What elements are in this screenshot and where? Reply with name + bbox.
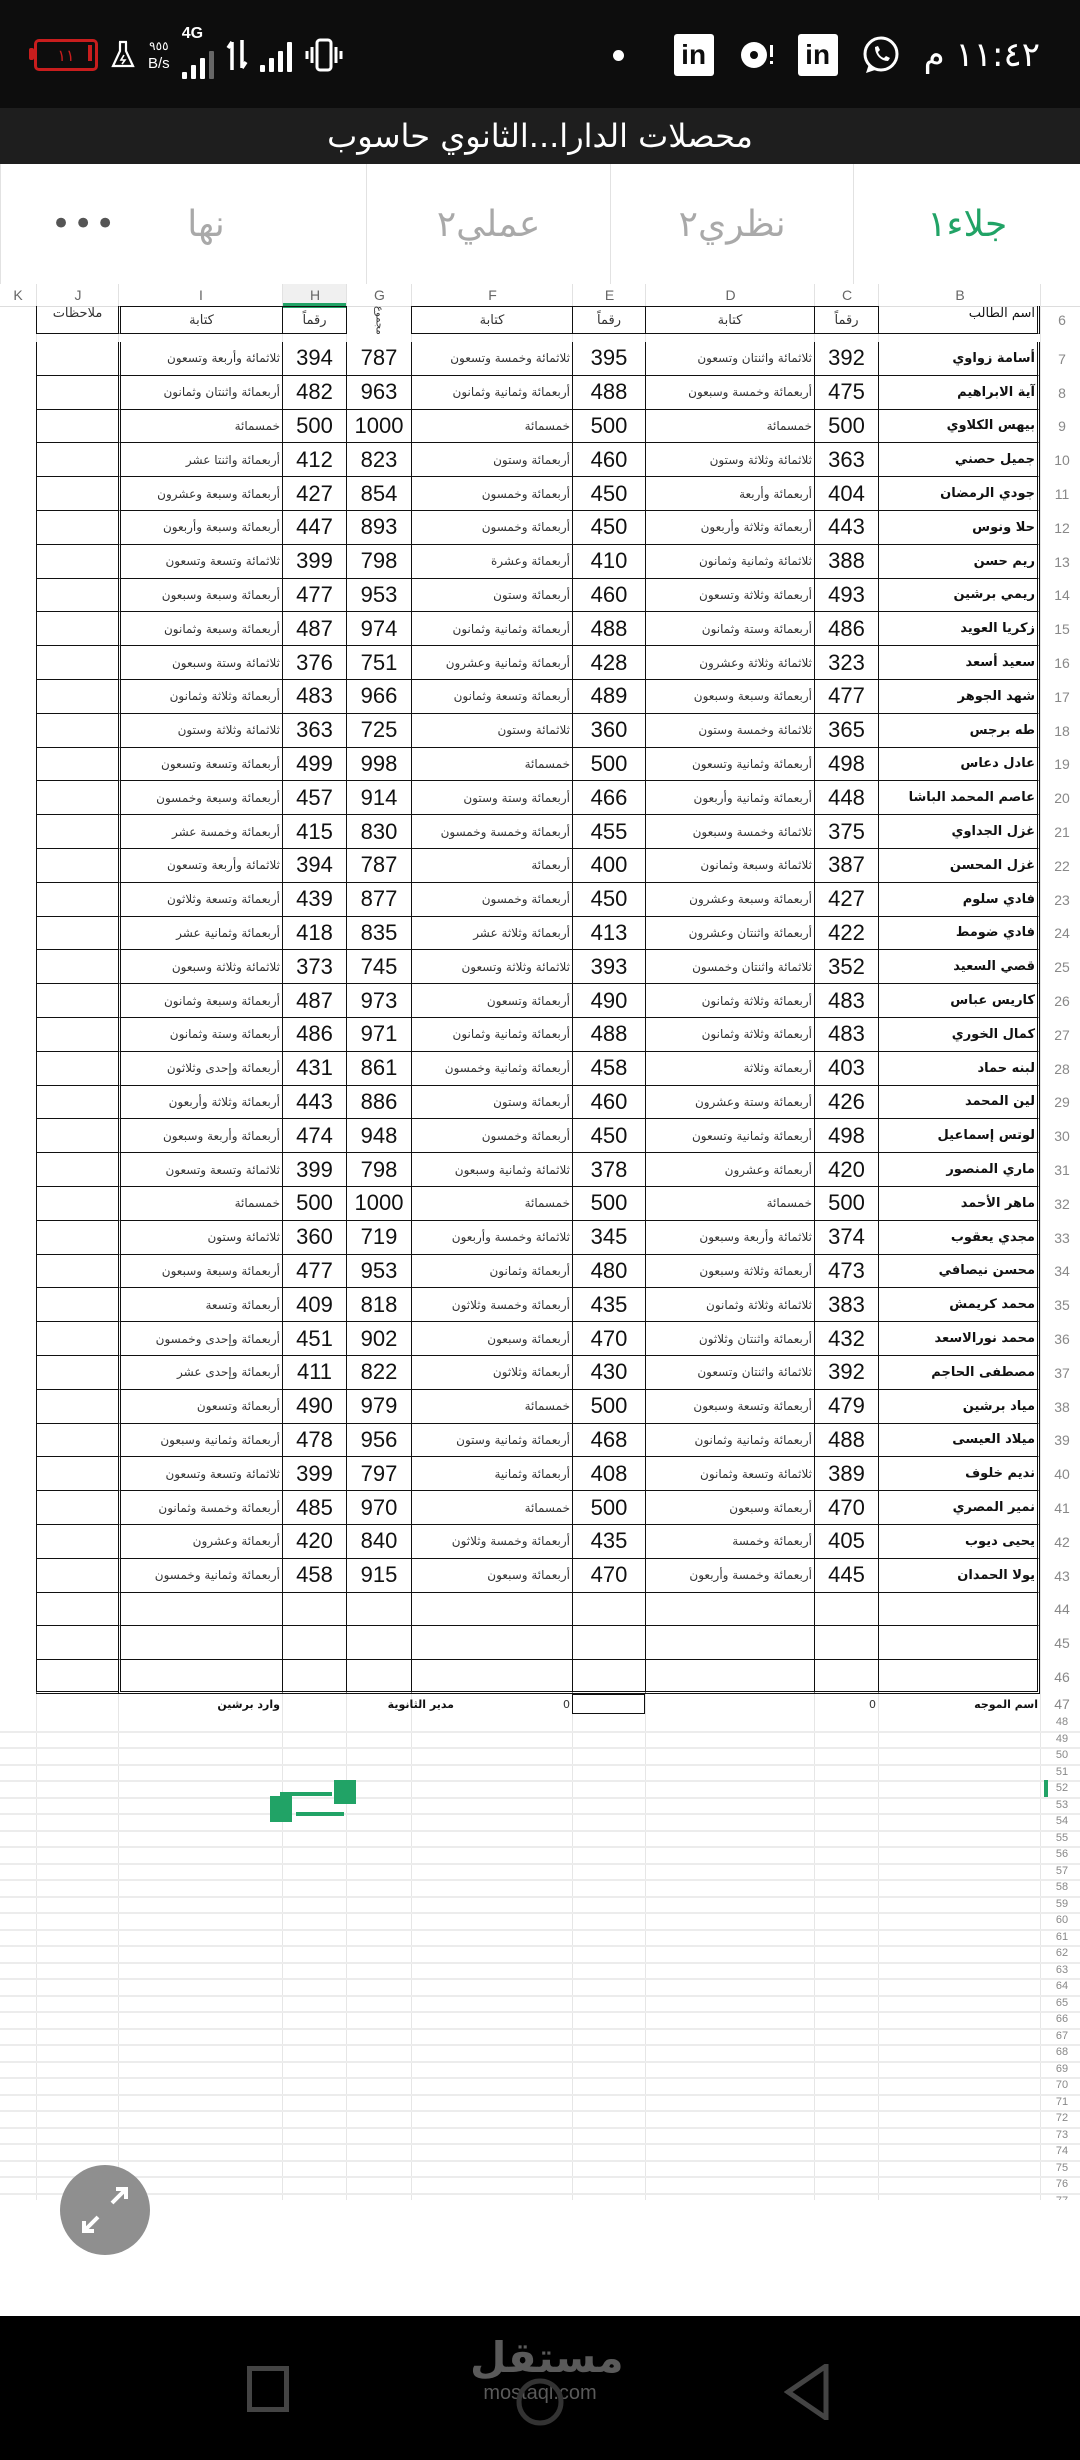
grade1-words-cell[interactable]: ثلاثمائة وثمانية وثمانون: [645, 545, 814, 579]
notes-cell[interactable]: [36, 612, 118, 646]
student-name-cell[interactable]: نمير المصري: [878, 1491, 1040, 1525]
column-header-b[interactable]: B: [878, 284, 1041, 306]
avg-words-cell[interactable]: أربعمائة وثمانية عشر: [118, 917, 282, 951]
grade1-words-cell[interactable]: ثلاثمائة وأربعة وسبعون: [645, 1221, 814, 1255]
total-cell[interactable]: 818: [346, 1288, 411, 1322]
total-cell[interactable]: 861: [346, 1052, 411, 1086]
student-name-cell[interactable]: ماري المنصور: [878, 1153, 1040, 1187]
recents-button[interactable]: [247, 2366, 289, 2412]
grade1-words-cell[interactable]: أربعمائة واثنتان وعشرون: [645, 917, 814, 951]
row-number[interactable]: 69: [1044, 2061, 1080, 2078]
empty-cell[interactable]: [346, 1660, 411, 1694]
row-number[interactable]: 46: [1044, 1660, 1080, 1694]
grade1-words-cell[interactable]: أربعمائة وثمانية وثمانون: [645, 1424, 814, 1458]
avg-words-cell[interactable]: أربعمائة وعشرون: [118, 1525, 282, 1559]
grade2-words-cell[interactable]: أربعمائة وثمانية وثمانون: [411, 1018, 572, 1052]
row-number[interactable]: 13: [1044, 545, 1080, 579]
grade2-digits-cell[interactable]: 500: [572, 410, 645, 444]
table-row[interactable]: ثلاثمائة وثلاثة وسبعون373745ثلاثمائة وثل…: [0, 950, 1080, 984]
grade1-digits-cell[interactable]: 352: [814, 950, 878, 984]
grade2-digits-cell[interactable]: 458: [572, 1052, 645, 1086]
student-name-cell[interactable]: شهد الجوهر: [878, 680, 1040, 714]
row-number[interactable]: 56: [1044, 1846, 1080, 1863]
notes-cell[interactable]: [36, 511, 118, 545]
grade2-digits-cell[interactable]: 500: [572, 1390, 645, 1424]
empty-table-row[interactable]: 46: [0, 1660, 1080, 1694]
grade2-words-cell[interactable]: أربعمائة وثمانية وخمسون: [411, 1052, 572, 1086]
tab-sheet-3[interactable]: عملي٢: [366, 164, 610, 284]
grade2-words-cell[interactable]: أربعمائة وثمانية وعشرون: [411, 646, 572, 680]
notes-cell[interactable]: [36, 1018, 118, 1052]
table-row[interactable]: أربعمائة واثنتا عشر412823أربعمائة وستون4…: [0, 443, 1080, 477]
grade1-digits-cell[interactable]: 477: [814, 680, 878, 714]
table-row[interactable]: أربعمائة وخمسة وثمانون485970خمسمائة500أر…: [0, 1491, 1080, 1525]
table-row[interactable]: أربعمائة وخمسة عشر415830أربعمائة وخمسة و…: [0, 815, 1080, 849]
column-header-h[interactable]: H: [282, 284, 347, 306]
grade1-digits-cell[interactable]: 403: [814, 1052, 878, 1086]
grade2-digits-cell[interactable]: 460: [572, 579, 645, 613]
table-row[interactable]: أربعمائة وستة وثمانون486971أربعمائة وثما…: [0, 1018, 1080, 1052]
row-number[interactable]: 10: [1044, 443, 1080, 477]
grade1-words-cell[interactable]: ثلاثمائة واثنتان وتسعون: [645, 342, 814, 376]
student-name-cell[interactable]: محمد نورالاسعد: [878, 1322, 1040, 1356]
row-number[interactable]: 32: [1044, 1187, 1080, 1221]
grade1-digits-cell[interactable]: 498: [814, 1119, 878, 1153]
total-cell[interactable]: 1000: [346, 1187, 411, 1221]
sheet-row[interactable]: 77: [0, 2193, 1080, 2201]
grade1-words-cell[interactable]: أربعمائة وسبعة وعشرون: [645, 883, 814, 917]
empty-cell[interactable]: [572, 1626, 645, 1660]
row-number[interactable]: 62: [1044, 1945, 1080, 1962]
avg-words-cell[interactable]: أربعمائة وثلاثة وثمانون: [118, 680, 282, 714]
empty-cell[interactable]: [118, 1626, 282, 1660]
grade1-digits-cell[interactable]: 475: [814, 376, 878, 410]
avg-words-cell[interactable]: أربعمائة وتسعة وتسعون: [118, 748, 282, 782]
grade2-words-cell[interactable]: خمسمائة: [411, 1491, 572, 1525]
grade1-words-cell[interactable]: أربعمائة وسبعون: [645, 1491, 814, 1525]
grade1-digits-cell[interactable]: 392: [814, 342, 878, 376]
total-cell[interactable]: 745: [346, 950, 411, 984]
total-cell[interactable]: 953: [346, 1255, 411, 1289]
total-cell[interactable]: 797: [346, 1457, 411, 1491]
table-row[interactable]: ثلاثمائة وثلاثة وستون363725ثلاثمائة وستو…: [0, 714, 1080, 748]
grade2-digits-cell[interactable]: 450: [572, 883, 645, 917]
avg-words-cell[interactable]: ثلاثمائة وأربعة وتسعون: [118, 849, 282, 883]
select-all-corner[interactable]: [1040, 284, 1080, 306]
grade2-digits-cell[interactable]: 450: [572, 477, 645, 511]
avg-digits-cell[interactable]: 394: [282, 849, 346, 883]
table-row[interactable]: أربعمائة وإحدى وثلاثون431861أربعمائة وثم…: [0, 1052, 1080, 1086]
principal-name[interactable]: وارد برشين: [118, 1694, 282, 1714]
student-name-cell[interactable]: لوتس إسماعيل: [878, 1119, 1040, 1153]
row-number[interactable]: 74: [1044, 2143, 1080, 2160]
grade2-words-cell[interactable]: ثلاثمائة وخمسة وتسعون: [411, 342, 572, 376]
student-name-cell[interactable]: فادي ضومط: [878, 917, 1040, 951]
grade2-words-cell[interactable]: أربعمائة وسبعون: [411, 1559, 572, 1593]
back-button[interactable]: [784, 2364, 830, 2420]
row-number[interactable]: 16: [1044, 646, 1080, 680]
words-header-d[interactable]: كتابة: [645, 306, 814, 334]
row-number[interactable]: 22: [1044, 849, 1080, 883]
row-number[interactable]: 29: [1044, 1086, 1080, 1120]
footer-row[interactable]: وارد برشينمدير الثانوية00اسم الموجه47: [0, 1694, 1080, 1714]
grade1-words-cell[interactable]: أربعمائة وعشرون: [645, 1153, 814, 1187]
home-button[interactable]: [514, 2376, 566, 2428]
grade1-digits-cell[interactable]: 374: [814, 1221, 878, 1255]
grade1-digits-cell[interactable]: 422: [814, 917, 878, 951]
grade1-digits-cell[interactable]: 479: [814, 1390, 878, 1424]
tab-sheet-4[interactable]: ••• نها: [0, 164, 366, 284]
avg-digits-cell[interactable]: 412: [282, 443, 346, 477]
avg-digits-cell[interactable]: 373: [282, 950, 346, 984]
notes-cell[interactable]: [36, 1491, 118, 1525]
row-number[interactable]: 15: [1044, 612, 1080, 646]
avg-words-cell[interactable]: أربعمائة وإحدى عشر: [118, 1356, 282, 1390]
avg-digits-cell[interactable]: 443: [282, 1086, 346, 1120]
grade2-digits-cell[interactable]: 500: [572, 1491, 645, 1525]
total-cell[interactable]: 719: [346, 1221, 411, 1255]
avg-digits-cell[interactable]: 483: [282, 680, 346, 714]
student-name-cell[interactable]: ريمي برشين: [878, 579, 1040, 613]
row-number[interactable]: 14: [1044, 579, 1080, 613]
table-row[interactable]: أربعمائة وسبعة وثمانون487974أربعمائة وثم…: [0, 612, 1080, 646]
grade2-words-cell[interactable]: أربعمائة وستون: [411, 443, 572, 477]
row-number[interactable]: 77: [1044, 2193, 1080, 2201]
fullscreen-button[interactable]: [60, 2165, 150, 2255]
name-header[interactable]: اسم الطالب: [878, 306, 1040, 334]
principal-value-cell[interactable]: 0: [411, 1694, 572, 1714]
grade1-words-cell[interactable]: ثلاثمائة وثلاثة وعشرون: [645, 646, 814, 680]
grade2-digits-cell[interactable]: 395: [572, 342, 645, 376]
student-name-cell[interactable]: يولا الحمدان: [878, 1559, 1040, 1593]
total-cell[interactable]: 970: [346, 1491, 411, 1525]
grade2-words-cell[interactable]: أربعمائة وستون: [411, 579, 572, 613]
row-number[interactable]: 17: [1044, 680, 1080, 714]
notes-cell[interactable]: [36, 1119, 118, 1153]
grade2-digits-cell[interactable]: 400: [572, 849, 645, 883]
grade2-words-cell[interactable]: أربعمائة وستون: [411, 1086, 572, 1120]
notes-cell[interactable]: [36, 984, 118, 1018]
total-cell[interactable]: 902: [346, 1322, 411, 1356]
empty-cell[interactable]: [645, 1626, 814, 1660]
notes-header[interactable]: ملاحظات: [36, 306, 118, 334]
empty-cell[interactable]: [282, 1660, 346, 1694]
grade2-words-cell[interactable]: خمسمائة: [411, 1390, 572, 1424]
student-name-cell[interactable]: ميلاد العيسى: [878, 1424, 1040, 1458]
empty-cell[interactable]: [118, 1593, 282, 1627]
student-name-cell[interactable]: جميل حصني: [878, 443, 1040, 477]
avg-digits-cell[interactable]: 474: [282, 1119, 346, 1153]
grade1-digits-cell[interactable]: 383: [814, 1288, 878, 1322]
notes-cell[interactable]: [36, 1390, 118, 1424]
grade2-words-cell[interactable]: خمسمائة: [411, 748, 572, 782]
empty-cell[interactable]: [282, 1593, 346, 1627]
student-name-cell[interactable]: غزل الجداوي: [878, 815, 1040, 849]
grade2-digits-cell[interactable]: 489: [572, 680, 645, 714]
grade1-digits-cell[interactable]: 363: [814, 443, 878, 477]
row-number[interactable]: 45: [1044, 1626, 1080, 1660]
notes-cell[interactable]: [36, 342, 118, 376]
notes-cell[interactable]: [36, 1255, 118, 1289]
avg-words-cell[interactable]: ثلاثمائة وستة وسبعون: [118, 646, 282, 680]
notes-cell[interactable]: [36, 1086, 118, 1120]
avg-words-cell[interactable]: أربعمائة وسبعة وخمسون: [118, 781, 282, 815]
student-name-cell[interactable]: نديم خلوف: [878, 1457, 1040, 1491]
grade2-digits-cell[interactable]: 470: [572, 1322, 645, 1356]
avg-digits-cell[interactable]: 399: [282, 1457, 346, 1491]
notes-cell[interactable]: [36, 443, 118, 477]
student-name-cell[interactable]: محسن نيصافي: [878, 1255, 1040, 1289]
avg-words-cell[interactable]: خمسمائة: [118, 410, 282, 444]
avg-words-cell[interactable]: أربعمائة وسبعة وثمانون: [118, 984, 282, 1018]
grade2-words-cell[interactable]: أربعمائة وعشرة: [411, 545, 572, 579]
grade1-words-cell[interactable]: ثلاثمائة وخمسة وسبعون: [645, 815, 814, 849]
grade1-digits-cell[interactable]: 500: [814, 1187, 878, 1221]
table-row[interactable]: أربعمائة وتسعة وتسعون499998خمسمائة500أرب…: [0, 748, 1080, 782]
avg-words-cell[interactable]: ثلاثمائة وثلاثة وسبعون: [118, 950, 282, 984]
avg-digits-cell[interactable]: 458: [282, 1559, 346, 1593]
grade2-words-cell[interactable]: أربعمائة وثمانية وثمانون: [411, 612, 572, 646]
grade2-digits-cell[interactable]: 393: [572, 950, 645, 984]
table-row[interactable]: أربعمائة وثمانية وسبعون478956أربعمائة وث…: [0, 1424, 1080, 1458]
empty-cell[interactable]: [411, 1626, 572, 1660]
table-row[interactable]: خمسمائة5001000خمسمائة500خمسمائة500ماهر ا…: [0, 1187, 1080, 1221]
table-row[interactable]: أربعمائة وسبعة وخمسون457914أربعمائة وستة…: [0, 781, 1080, 815]
notes-cell[interactable]: [36, 579, 118, 613]
avg-words-cell[interactable]: أربعمائة وستة وثمانون: [118, 1018, 282, 1052]
notes-cell[interactable]: [36, 748, 118, 782]
column-header-f[interactable]: F: [411, 284, 573, 306]
digits-header-h[interactable]: رقماً: [282, 306, 346, 334]
empty-cell[interactable]: [572, 1660, 645, 1694]
notes-cell[interactable]: [36, 1457, 118, 1491]
avg-words-cell[interactable]: أربعمائة وسبعة وعشرون: [118, 477, 282, 511]
grade1-words-cell[interactable]: أربعمائة وتسعة وسبعون: [645, 1390, 814, 1424]
avg-words-cell[interactable]: أربعمائة وأربعة وسبعون: [118, 1119, 282, 1153]
avg-digits-cell[interactable]: 487: [282, 612, 346, 646]
table-row[interactable]: أربعمائة وأربعة وسبعون474948أربعمائة وخم…: [0, 1119, 1080, 1153]
empty-cell[interactable]: [346, 1593, 411, 1627]
row-number[interactable]: 76: [1044, 2176, 1080, 2193]
grade1-digits-cell[interactable]: 375: [814, 815, 878, 849]
row-number[interactable]: 35: [1044, 1288, 1080, 1322]
notes-cell[interactable]: [36, 1322, 118, 1356]
grade1-digits-cell[interactable]: 493: [814, 579, 878, 613]
grade1-digits-cell[interactable]: 323: [814, 646, 878, 680]
total-cell[interactable]: 835: [346, 917, 411, 951]
notes-cell[interactable]: [36, 714, 118, 748]
avg-digits-cell[interactable]: 482: [282, 376, 346, 410]
row-number[interactable]: 12: [1044, 511, 1080, 545]
avg-digits-cell[interactable]: 411: [282, 1356, 346, 1390]
table-row[interactable]: ثلاثمائة وأربعة وتسعون394787ثلاثمائة وخم…: [0, 342, 1080, 376]
student-name-cell[interactable]: محمد كريمش: [878, 1288, 1040, 1322]
row-number[interactable]: 41: [1044, 1491, 1080, 1525]
digits-header-e[interactable]: رقماً: [572, 306, 645, 334]
table-row[interactable]: أربعمائة وعشرون420840أربعمائة وخمسة وثلا…: [0, 1525, 1080, 1559]
grade2-digits-cell[interactable]: 460: [572, 443, 645, 477]
grade2-digits-cell[interactable]: 430: [572, 1356, 645, 1390]
grade2-digits-cell[interactable]: 428: [572, 646, 645, 680]
student-name-cell[interactable]: لين المحمد: [878, 1086, 1040, 1120]
row-number[interactable]: 50: [1044, 1747, 1080, 1764]
table-row[interactable]: أربعمائة وثمانية عشر418835أربعمائة وثلاث…: [0, 917, 1080, 951]
grade2-words-cell[interactable]: أربعمائة وثمانية وثمانون: [411, 376, 572, 410]
total-cell[interactable]: 751: [346, 646, 411, 680]
table-row[interactable]: أربعمائة وثمانية وخمسون458915أربعمائة وس…: [0, 1559, 1080, 1593]
avg-words-cell[interactable]: ثلاثمائة وتسعة وتسعون: [118, 545, 282, 579]
grade1-digits-cell[interactable]: 483: [814, 1018, 878, 1052]
grade2-words-cell[interactable]: أربعمائة وخمسون: [411, 511, 572, 545]
row-number[interactable]: 36: [1044, 1322, 1080, 1356]
grade1-words-cell[interactable]: أربعمائة وسبعة وسبعون: [645, 680, 814, 714]
total-cell[interactable]: 948: [346, 1119, 411, 1153]
total-cell[interactable]: 787: [346, 849, 411, 883]
grade2-words-cell[interactable]: أربعمائة وخمسون: [411, 477, 572, 511]
row-number[interactable]: 70: [1044, 2077, 1080, 2094]
row-number[interactable]: 47: [1044, 1694, 1080, 1714]
total-cell[interactable]: 886: [346, 1086, 411, 1120]
grade2-words-cell[interactable]: أربعمائة وثمانون: [411, 1255, 572, 1289]
total-cell[interactable]: 966: [346, 680, 411, 714]
total-cell[interactable]: 963: [346, 376, 411, 410]
total-cell[interactable]: 840: [346, 1525, 411, 1559]
total-cell[interactable]: 974: [346, 612, 411, 646]
grade1-digits-cell[interactable]: 448: [814, 781, 878, 815]
tab-sheet-2[interactable]: نظري٢: [610, 164, 854, 284]
grade2-digits-cell[interactable]: 460: [572, 1086, 645, 1120]
table-row[interactable]: خمسمائة5001000خمسمائة500خمسمائة500بيهس ا…: [0, 410, 1080, 444]
total-cell[interactable]: 998: [346, 748, 411, 782]
avg-digits-cell[interactable]: 394: [282, 342, 346, 376]
student-name-cell[interactable]: يحيى ديوب: [878, 1525, 1040, 1559]
grade2-words-cell[interactable]: ثلاثمائة وثلاثة وتسعون: [411, 950, 572, 984]
student-name-cell[interactable]: أسامة زواوي: [878, 342, 1040, 376]
notes-cell[interactable]: [36, 883, 118, 917]
avg-words-cell[interactable]: أربعمائة وثمانية وخمسون: [118, 1559, 282, 1593]
row-number[interactable]: 23: [1044, 883, 1080, 917]
table-row[interactable]: أربعمائة وإحدى عشر411822أربعمائة وثلاثون…: [0, 1356, 1080, 1390]
grade1-digits-cell[interactable]: 432: [814, 1322, 878, 1356]
student-name-cell[interactable]: قصي السعيد: [878, 950, 1040, 984]
table-row[interactable]: أربعمائة وثلاثة وأربعون443886أربعمائة وس…: [0, 1086, 1080, 1120]
empty-cell[interactable]: [645, 1593, 814, 1627]
empty-cell[interactable]: [878, 1626, 1040, 1660]
row-number[interactable]: 39: [1044, 1424, 1080, 1458]
row-number[interactable]: 67: [1044, 2028, 1080, 2045]
grade2-digits-cell[interactable]: 488: [572, 1018, 645, 1052]
grade2-digits-cell[interactable]: 500: [572, 748, 645, 782]
grade2-words-cell[interactable]: أربعمائة وثلاثون: [411, 1356, 572, 1390]
avg-digits-cell[interactable]: 478: [282, 1424, 346, 1458]
grade1-digits-cell[interactable]: 404: [814, 477, 878, 511]
empty-cell[interactable]: [411, 1660, 572, 1694]
total-cell[interactable]: 798: [346, 1153, 411, 1187]
grade2-words-cell[interactable]: ثلاثمائة وثمانية وسبعون: [411, 1153, 572, 1187]
notes-cell[interactable]: [36, 950, 118, 984]
grade1-digits-cell[interactable]: 443: [814, 511, 878, 545]
grade2-digits-cell[interactable]: 345: [572, 1221, 645, 1255]
row-number[interactable]: 28: [1044, 1052, 1080, 1086]
avg-digits-cell[interactable]: 418: [282, 917, 346, 951]
avg-words-cell[interactable]: ثلاثمائة وثلاثة وستون: [118, 714, 282, 748]
grade2-digits-cell[interactable]: 410: [572, 545, 645, 579]
notes-cell[interactable]: [36, 815, 118, 849]
notes-cell[interactable]: [36, 1424, 118, 1458]
grade1-digits-cell[interactable]: 427: [814, 883, 878, 917]
row-number[interactable]: 11: [1044, 477, 1080, 511]
row-number[interactable]: 40: [1044, 1457, 1080, 1491]
grade1-words-cell[interactable]: أربعمائة وثلاثة وسبعون: [645, 1255, 814, 1289]
avg-words-cell[interactable]: خمسمائة: [118, 1187, 282, 1221]
student-name-cell[interactable]: عادل دعاس: [878, 748, 1040, 782]
total-cell[interactable]: 830: [346, 815, 411, 849]
grade2-digits-cell[interactable]: 488: [572, 376, 645, 410]
row-number[interactable]: 30: [1044, 1119, 1080, 1153]
empty-cell[interactable]: [814, 1660, 878, 1694]
student-name-cell[interactable]: مصطفى الحاجم: [878, 1356, 1040, 1390]
total-cell[interactable]: 725: [346, 714, 411, 748]
supervisor-value-cell[interactable]: 0: [814, 1694, 878, 1714]
row-number[interactable]: 66: [1044, 2011, 1080, 2028]
row-number[interactable]: 51: [1044, 1764, 1080, 1781]
row-number[interactable]: 27: [1044, 1018, 1080, 1052]
row-number[interactable]: 8: [1044, 376, 1080, 410]
grade2-digits-cell[interactable]: 480: [572, 1255, 645, 1289]
grade1-words-cell[interactable]: أربعمائة وثلاثة وثمانون: [645, 1018, 814, 1052]
empty-cell[interactable]: [878, 1660, 1040, 1694]
student-name-cell[interactable]: مياد برشين: [878, 1390, 1040, 1424]
empty-cell[interactable]: [36, 1660, 118, 1694]
grade1-words-cell[interactable]: ثلاثمائة واثنتان وخمسون: [645, 950, 814, 984]
empty-table-row[interactable]: 44: [0, 1593, 1080, 1627]
row-number[interactable]: 19: [1044, 748, 1080, 782]
notes-cell[interactable]: [36, 1288, 118, 1322]
avg-words-cell[interactable]: ثلاثمائة وستون: [118, 1221, 282, 1255]
student-name-cell[interactable]: زكريا العويد: [878, 612, 1040, 646]
column-header-d[interactable]: D: [645, 284, 815, 306]
row-number[interactable]: 31: [1044, 1153, 1080, 1187]
row-number[interactable]: 7: [1044, 342, 1080, 376]
row-number[interactable]: 25: [1044, 950, 1080, 984]
avg-digits-cell[interactable]: 431: [282, 1052, 346, 1086]
row-number[interactable]: 6: [1044, 306, 1080, 334]
grade2-digits-cell[interactable]: 435: [572, 1288, 645, 1322]
tab-sheet-1[interactable]: جلاء١: [853, 164, 1080, 284]
grade1-digits-cell[interactable]: 486: [814, 612, 878, 646]
row-number[interactable]: 37: [1044, 1356, 1080, 1390]
column-header-k[interactable]: K: [0, 284, 36, 306]
grade2-digits-cell[interactable]: 450: [572, 511, 645, 545]
row-number[interactable]: 72: [1044, 2110, 1080, 2127]
grade2-digits-cell[interactable]: 408: [572, 1457, 645, 1491]
student-name-cell[interactable]: غزل المحسن: [878, 849, 1040, 883]
grade1-words-cell[interactable]: خمسمائة: [645, 1187, 814, 1221]
grade2-digits-cell[interactable]: 450: [572, 1119, 645, 1153]
more-tabs-icon[interactable]: •••: [51, 204, 117, 244]
student-name-cell[interactable]: مجدي يعقوب: [878, 1221, 1040, 1255]
empty-cell[interactable]: [36, 1593, 118, 1627]
notes-cell[interactable]: [36, 849, 118, 883]
total-cell[interactable]: 953: [346, 579, 411, 613]
row-number[interactable]: 71: [1044, 2094, 1080, 2111]
table-row[interactable]: أربعمائة وسبعة وأربعون447893أربعمائة وخم…: [0, 511, 1080, 545]
grade2-words-cell[interactable]: أربعمائة وسبعون: [411, 1322, 572, 1356]
avg-digits-cell[interactable]: 486: [282, 1018, 346, 1052]
row-number[interactable]: 42: [1044, 1525, 1080, 1559]
avg-words-cell[interactable]: ثلاثمائة وتسعة وتسعون: [118, 1457, 282, 1491]
grade2-words-cell[interactable]: أربعمائة: [411, 849, 572, 883]
